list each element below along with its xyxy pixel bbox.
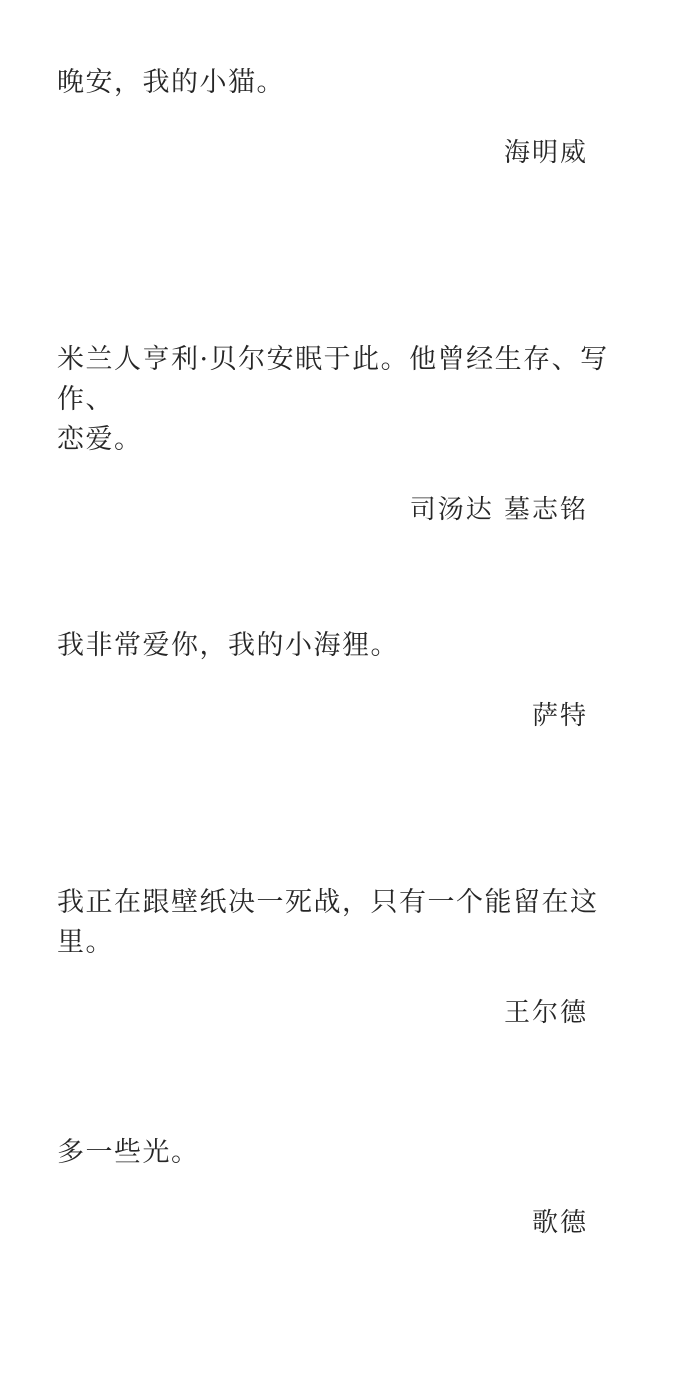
quote-block: 我正在跟壁纸决一死战，只有一个能留在这里。 王尔德 xyxy=(0,883,688,1033)
quote-attribution: 萨特 xyxy=(0,696,688,736)
quote-text: 多一些光。 xyxy=(0,1133,688,1173)
quote-attribution: 海明威 xyxy=(0,133,688,173)
quote-block: 我非常爱你，我的小海狸。 萨特 xyxy=(0,626,688,736)
quote-attribution: 司汤达 墓志铭 xyxy=(0,490,688,530)
quote-text: 晚安，我的小猫。 xyxy=(0,63,688,103)
quote-text: 我正在跟壁纸决一死战，只有一个能留在这里。 xyxy=(0,883,688,963)
quote-block: 多一些光。 歌德 xyxy=(0,1133,688,1243)
quote-block: 晚安，我的小猫。 海明威 xyxy=(0,63,688,173)
document-page: 晚安，我的小猫。 海明威 米兰人亨利·贝尔安眠于此。他曾经生存、写作、 恋爱。 … xyxy=(0,0,688,1376)
quote-block: 米兰人亨利·贝尔安眠于此。他曾经生存、写作、 恋爱。 司汤达 墓志铭 xyxy=(0,340,688,530)
quote-attribution: 王尔德 xyxy=(0,993,688,1033)
quote-attribution: 歌德 xyxy=(0,1203,688,1243)
quote-text: 米兰人亨利·贝尔安眠于此。他曾经生存、写作、 恋爱。 xyxy=(0,340,688,460)
quote-text: 我非常爱你，我的小海狸。 xyxy=(0,626,688,666)
